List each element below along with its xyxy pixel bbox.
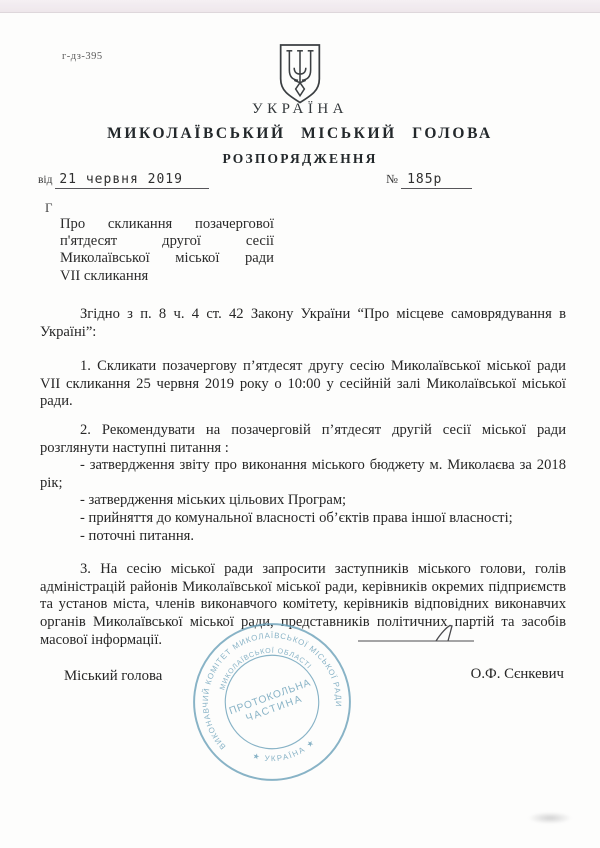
document-type-title: РОЗПОРЯДЖЕННЯ (0, 151, 600, 167)
scan-edge-artifact (0, 0, 600, 13)
subject-block: Про скликання позачергової п'ятдесят дру… (60, 216, 274, 285)
corner-mark: Г (45, 200, 53, 216)
signature-flourish (350, 622, 482, 646)
stamp-ring-bottom-text: ★ УКРАЇНА ★ (250, 736, 320, 770)
item-1-paragraph: 1. Скликати позачергову п’ятдесят другу … (40, 358, 566, 411)
document-page: г-дз-395 УКРАЇНА МИКОЛАЇВСЬКИЙ МІСЬКИЙ Г… (0, 0, 600, 848)
agenda-bullet-3: - прийняття до комунальної власності об’… (40, 510, 566, 528)
date-field: від 21 червня 2019 (38, 172, 209, 187)
svg-text:★ УКРАЇНА ★: ★ УКРАЇНА ★ (250, 736, 320, 770)
number-field: № 185р (386, 172, 472, 187)
agenda-bullet-4: - поточні питання. (40, 528, 566, 546)
stamp-ring-outer-text: ВИКОНАВЧИЙ КОМІТЕТ МИКОЛАЇВСЬКОЇ МІСЬКОЇ… (186, 616, 349, 753)
doc-code: г-дз-395 (62, 51, 103, 62)
document-body: Згідно з п. 8 ч. 4 ст. 42 Закону України… (40, 306, 566, 649)
item-2-paragraph: 2. Рекомендувати на позачерговій п’ятдес… (40, 422, 566, 457)
agenda-bullet-1: - затвердження звіту про виконання міськ… (40, 457, 566, 492)
agenda-bullet-2: - затвердження міських цільових Програм; (40, 492, 566, 510)
subject-line: Миколаївської міської ради (60, 250, 274, 267)
scan-smudge-artifact (528, 812, 572, 824)
official-stamp: ВИКОНАВЧИЙ КОМІТЕТ МИКОЛАЇВСЬКОЇ МІСЬКОЇ… (179, 609, 364, 794)
signature-name: О.Ф. Сєнкевич (471, 666, 564, 683)
doc-number-label: № (386, 172, 398, 186)
ukraine-trident-emblem-icon (271, 42, 329, 106)
intro-paragraph: Згідно з п. 8 ч. 4 ст. 42 Закону України… (40, 306, 566, 341)
date-value: 21 червня 2019 (55, 172, 209, 189)
subject-line: п'ятдесят другої сесії (60, 233, 274, 250)
svg-text:ВИКОНАВЧИЙ КОМІТЕТ МИКОЛАЇВСЬК: ВИКОНАВЧИЙ КОМІТЕТ МИКОЛАЇВСЬКОЇ МІСЬКОЇ… (186, 616, 349, 753)
signature-title: Міський голова (64, 668, 162, 685)
doc-number-value: 185р (401, 172, 472, 189)
subject-line: VII скликання (60, 268, 274, 285)
date-label: від (38, 174, 52, 186)
subject-line: Про скликання позачергової (60, 216, 274, 233)
country-name: УКРАЇНА (0, 101, 600, 118)
issuer-name: МИКОЛАЇВСЬКИЙ МІСЬКИЙ ГОЛОВА (0, 125, 600, 143)
